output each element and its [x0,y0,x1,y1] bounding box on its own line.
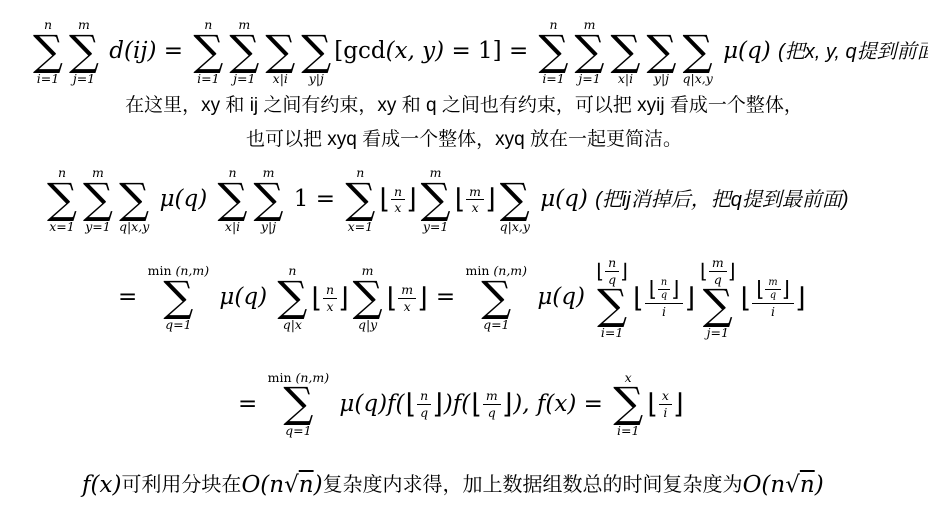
math-text-run: m [469,185,481,199]
sum-lower-limit: x|i [273,72,288,86]
fraction-body: nx [323,283,337,313]
summation-symbol: n∑i=1 [33,18,63,86]
math-text-run: q|x,y [682,72,712,86]
math-text-run: j=1 [578,72,600,86]
summation-symbol: m∑j=1 [229,18,259,86]
sum-lower-limit: q|x [283,318,302,332]
math-text-run: d(ij) = [102,39,190,64]
floor-open-bracket: ⌊ [649,281,657,299]
summation-symbol: ∑q|x,y [682,18,712,86]
radicand: n [299,472,314,498]
sigma-glyph: ∑ [83,181,113,218]
summation-symbol: ∑q|x,y [500,166,530,234]
sum-lower-limit: i=1 [197,72,219,86]
sigma-glyph: ∑ [33,33,63,70]
math-text-run: m [712,256,724,270]
math-text-run: i=1 [197,72,219,86]
fraction-numerator: m [466,185,484,201]
math-text-run: y|j [654,72,669,86]
fraction-denominator: x [472,200,479,215]
fraction-numerator: ⌊mq⌋ [752,278,794,304]
floor-open-bracket: ⌊ [455,188,466,211]
floor-close-bracket: ⌋ [671,281,679,299]
math-text-run: x [472,201,479,215]
floor-open-bracket: ⌊ [700,263,708,280]
math-text-run: n [326,283,334,297]
floor-open-bracket: ⌊ [741,287,752,310]
fraction-denominator: i [663,405,667,420]
floor-fraction: ⌊mq⌋ [471,389,512,419]
math-text-run: y=1 [85,220,111,234]
floor-close-bracket: ⌋ [432,393,443,416]
equation-line-3: = min (n,m)∑q=1 μ(q) n∑q|x⌊nx⌋m∑q|y⌊mx⌋ … [0,256,928,340]
floor-open-bracket: ⌊ [471,393,482,416]
summation-symbol: n∑i=1 [193,18,223,86]
sigma-glyph: ∑ [283,385,313,422]
math-text-run: ) [314,473,323,498]
sum-lower-limit: q=1 [285,424,311,438]
summation-symbol: m∑j=1 [69,18,99,86]
math-text-run: y|j [309,72,324,86]
math-text-run: 复杂度内求得，加上数据组数总的时间复杂度为 [323,474,743,496]
math-text-run: f(x) [82,473,121,498]
summation-symbol: ∑q|x,y [119,166,149,234]
fraction-numerator: n [391,185,405,201]
equation-line-1: n∑i=1m∑j=1 d(ij) = n∑i=1m∑j=1∑x|i∑y|j[gc… [0,18,928,86]
sigma-glyph: ∑ [47,181,77,218]
math-text-run: q=1 [483,318,509,332]
sigma-glyph: ∑ [481,279,511,316]
sigma-glyph: ∑ [500,181,530,218]
summation-symbol: x∑i=1 [613,370,643,438]
summation-symbol: n∑x=1 [345,166,375,234]
math-text-run: i=1 [617,424,639,438]
floor-open-bracket: ⌊ [406,393,417,416]
math-text-run: μ(q) [212,285,274,310]
sigma-glyph: ∑ [301,33,331,70]
fraction-body: ⌊nq⌋i [645,278,684,319]
floor-close-bracket: ⌋ [795,287,806,310]
summation-symbol: m∑y=1 [421,166,451,234]
math-text-run: x|i [225,220,240,234]
equation-line-2: n∑x=1m∑y=1∑q|x,y μ(q) n∑x|im∑y|j 1 = n∑x… [0,166,928,234]
fraction-numerator: m [765,278,780,291]
floor-fraction: ⌊nx⌋ [311,283,348,313]
math-text-run: q [488,406,496,420]
math-text-run: n [420,389,428,403]
math-text-run: x [394,201,401,215]
sigma-glyph: ∑ [647,33,677,70]
sum-lower-limit: y|j [261,220,276,234]
summation-symbol: ∑y|j [647,18,677,86]
math-text-run: n [394,185,402,199]
floor-fraction: ⌊mx⌋ [455,185,496,215]
floor-fraction: ⌊nq⌋ [406,389,443,419]
math-text-run: ) [815,473,824,498]
sigma-glyph: ∑ [218,181,248,218]
fraction-body: mx [398,283,416,313]
sum-lower-limit: i=1 [601,326,623,340]
math-text-run: q [661,291,667,302]
floor-close-bracket: ⌋ [620,263,628,280]
floor-fraction: ⌊xi⌋ [647,389,683,419]
fraction-body: xi [659,389,672,419]
fraction-denominator: x [404,299,411,314]
floor-open-bracket: ⌊ [633,287,644,310]
sigma-glyph: ∑ [277,279,307,316]
math-text-run: i [771,305,775,319]
math-text-run: q [420,406,428,420]
fraction-numerator: n [417,389,431,405]
floor-fraction: ⌊⌊mq⌋i⌋ [741,278,806,319]
floor-open-bracket: ⌊ [387,287,398,310]
math-text-run: = [118,285,145,310]
math-text-run: O(n [743,473,786,498]
math-text-run: i=1 [37,72,59,86]
summation-symbol: m∑j=1 [575,18,605,86]
sum-lower-limit: j=1 [578,72,600,86]
fraction-denominator: q [661,290,667,302]
sigma-glyph: ∑ [265,33,295,70]
fraction-numerator: m [398,283,416,299]
summation-symbol: ∑x|i [265,18,295,86]
equation-line-4: = min (n,m)∑q=1 μ(q)f(⌊nq⌋)f(⌊mq⌋), f(x)… [0,370,928,438]
sum-lower-limit: x|i [618,72,633,86]
summation-symbol: m∑y|j [254,166,284,234]
sum-lower-limit: q|x,y [682,72,712,86]
fraction-denominator: i [771,304,775,319]
math-text-run: m [401,283,413,297]
sum-lower-limit: y|j [654,72,669,86]
paragraph-line-2: 也可以把 xyq 看成一个整体，xyq 放在一起更简洁。 [0,128,928,152]
fraction-body: mq [765,278,780,302]
math-text-run: q=1 [165,318,191,332]
math-text-run: n [608,256,616,270]
floor-close-bracket: ⌋ [406,188,417,211]
math-text-run: 可利用分块在 [121,474,241,496]
math-text-run: x [404,300,411,314]
sigma-glyph: ∑ [539,33,569,70]
sum-lower-limit: j=1 [233,72,255,86]
summation-symbol: n∑i=1 [539,18,569,86]
document-page: n∑i=1m∑j=1 d(ij) = n∑i=1m∑j=1∑x|i∑y|j[gc… [0,0,928,498]
fraction-body: mx [466,185,484,215]
math-text-run: q|x,y [500,220,530,234]
floor-close-bracket: ⌋ [673,393,684,416]
fraction-numerator: x [659,389,672,405]
math-text-run: q|y [358,318,377,332]
sum-lower-limit: q|x,y [119,220,149,234]
sum-lower-limit: y=1 [423,220,449,234]
math-text-run: )f( [444,392,470,417]
floor-open-bracket: ⌊ [379,188,390,211]
floor-fraction: ⌊⌊nq⌋i⌋ [633,278,695,319]
math-text-run: = [238,392,265,417]
fraction-denominator: x [394,200,401,215]
sigma-glyph: ∑ [119,181,149,218]
sum-lower-limit: y|j [309,72,324,86]
fraction-body: ⌊mq⌋i [752,278,794,319]
summation-symbol: n∑x|i [218,166,248,234]
fraction-numerator: n [323,283,337,299]
fraction-body: nx [391,185,405,215]
math-text-run: q [770,291,776,302]
sigma-glyph: ∑ [683,33,713,70]
sigma-glyph: ∑ [703,287,733,324]
floor-open-bracket: ⌊ [311,287,322,310]
sigma-glyph: ∑ [345,181,375,218]
math-text-run: i=1 [601,326,623,340]
math-text-run: i [662,305,666,319]
math-text-run: μ(q) [716,39,778,64]
summation-symbol: n∑x=1 [47,166,77,234]
sigma-glyph: ∑ [611,33,641,70]
floor-open-bracket: ⌊ [647,393,658,416]
fraction-numerator: ⌊nq⌋ [645,278,684,304]
sum-lower-limit: i=1 [617,424,639,438]
paragraph-line-1: 在这里，xy 和 ij 之间有约束，xy 和 q 之间也有约束，可以把 xyij… [0,94,928,118]
math-text-run: m [486,389,498,403]
math-text-run: i=1 [542,72,564,86]
sigma-glyph: ∑ [193,33,223,70]
sum-lower-limit: x|i [225,220,240,234]
summation-symbol: m∑y=1 [83,166,113,234]
floor-fraction: ⌊nx⌋ [379,185,416,215]
sum-lower-limit: i=1 [542,72,564,86]
sum-lower-limit: y=1 [85,220,111,234]
summation-symbol: ⌊mq⌋∑j=1 [699,256,736,340]
sigma-glyph: ∑ [163,279,193,316]
math-text-run: x=1 [49,220,74,234]
sigma-glyph: ∑ [597,287,627,324]
summation-symbol: min (n,m)∑q=1 [268,370,330,438]
fraction-body: nq [658,278,670,302]
math-text-run: x=1 [348,220,373,234]
floor-close-bracket: ⌋ [417,287,428,310]
summation-symbol: min (n,m)∑q=1 [466,264,528,332]
sum-lower-limit: i=1 [37,72,59,86]
math-text-run: 1 = [287,187,343,212]
summation-symbol: ∑y|j [301,18,331,86]
fraction-numerator: m [709,256,727,272]
math-text-run: y=1 [423,220,449,234]
fraction-denominator: i [662,304,666,319]
sum-lower-limit: x=1 [49,220,74,234]
floor-close-bracket: ⌋ [502,393,513,416]
math-text-run: j=1 [73,72,95,86]
fraction-numerator: n [658,278,670,291]
sum-lower-limit: q|x,y [500,220,530,234]
math-text-run: O(n [241,473,284,498]
sigma-glyph: ∑ [229,33,259,70]
fraction-denominator: x [326,299,333,314]
radical-sign: √ [785,472,800,498]
sigma-glyph: ∑ [421,181,451,218]
math-text-run: (x, y) [386,39,452,64]
math-text-run: x [326,300,333,314]
summation-symbol: ∑x|i [611,18,641,86]
math-text-run: (把x, y, q提到前面) [778,41,928,63]
floor-open-bracket: ⌊ [596,263,604,280]
math-text-run: m [768,278,777,289]
math-text-run: y|j [261,220,276,234]
floor-fraction: ⌊mq⌋ [756,278,790,302]
sum-lower-limit: j=1 [73,72,95,86]
floor-close-bracket: ⌋ [485,188,496,211]
math-text-run: q|x [283,318,302,332]
summation-symbol: m∑q|y [353,264,383,332]
floor-close-bracket: ⌋ [338,287,349,310]
math-text-run: μ(q) [152,187,214,212]
math-text-run: [gcd [334,39,385,64]
summation-symbol: min (n,m)∑q=1 [148,264,210,332]
sqrt-expression: √n [785,472,814,498]
fraction-body: mq [483,389,501,419]
summation-symbol: ⌊nq⌋∑i=1 [595,256,629,340]
floor-close-bracket: ⌋ [728,263,736,280]
sigma-glyph: ∑ [69,33,99,70]
math-text-run: μ(q) [533,187,595,212]
floor-open-bracket: ⌊ [756,281,764,299]
sigma-glyph: ∑ [575,33,605,70]
radical-sign: √ [284,472,299,498]
floor-close-bracket: ⌋ [782,281,790,299]
fraction-body: nq [417,389,431,419]
math-text-run: i [663,406,667,420]
math-text-run: j=1 [707,326,729,340]
sum-lower-limit: q=1 [165,318,191,332]
math-text-run: x [662,389,669,403]
radicand: n [800,472,815,498]
math-text-run: q|x,y [119,220,149,234]
math-text-run: j=1 [233,72,255,86]
fraction-denominator: q [488,405,496,420]
math-text-run: ), f(x) = [513,392,610,417]
math-text-run: μ(q)f( [332,392,404,417]
fraction-denominator: q [770,290,776,302]
sigma-glyph: ∑ [353,279,383,316]
math-text-run: = 1] = [451,39,535,64]
math-text-run: x|i [618,72,633,86]
complexity-note-line: f(x)可利用分块在O(n√n)复杂度内求得，加上数据组数总的时间复杂度为O(n… [0,472,928,498]
sqrt-expression: √n [284,472,313,498]
sum-lower-limit: x=1 [348,220,373,234]
floor-close-bracket: ⌋ [684,287,695,310]
math-text-run: n [661,278,667,289]
fraction-denominator: q [420,405,428,420]
math-text-run: μ(q) [530,285,592,310]
sum-lower-limit: q=1 [483,318,509,332]
math-text-run: = [429,285,463,310]
sigma-glyph: ∑ [254,181,284,218]
fraction-numerator: m [483,389,501,405]
math-text-run: q=1 [285,424,311,438]
summation-symbol: n∑q|x [277,264,307,332]
sum-lower-limit: j=1 [707,326,729,340]
math-text-run: x|i [273,72,288,86]
sum-lower-limit: q|y [358,318,377,332]
floor-fraction: ⌊nq⌋ [649,278,680,302]
fraction-numerator: n [605,256,619,272]
math-text-run: (把ij消掉后，把q提到最前面) [595,189,848,211]
sigma-glyph: ∑ [613,385,643,422]
floor-fraction: ⌊mx⌋ [387,283,428,313]
